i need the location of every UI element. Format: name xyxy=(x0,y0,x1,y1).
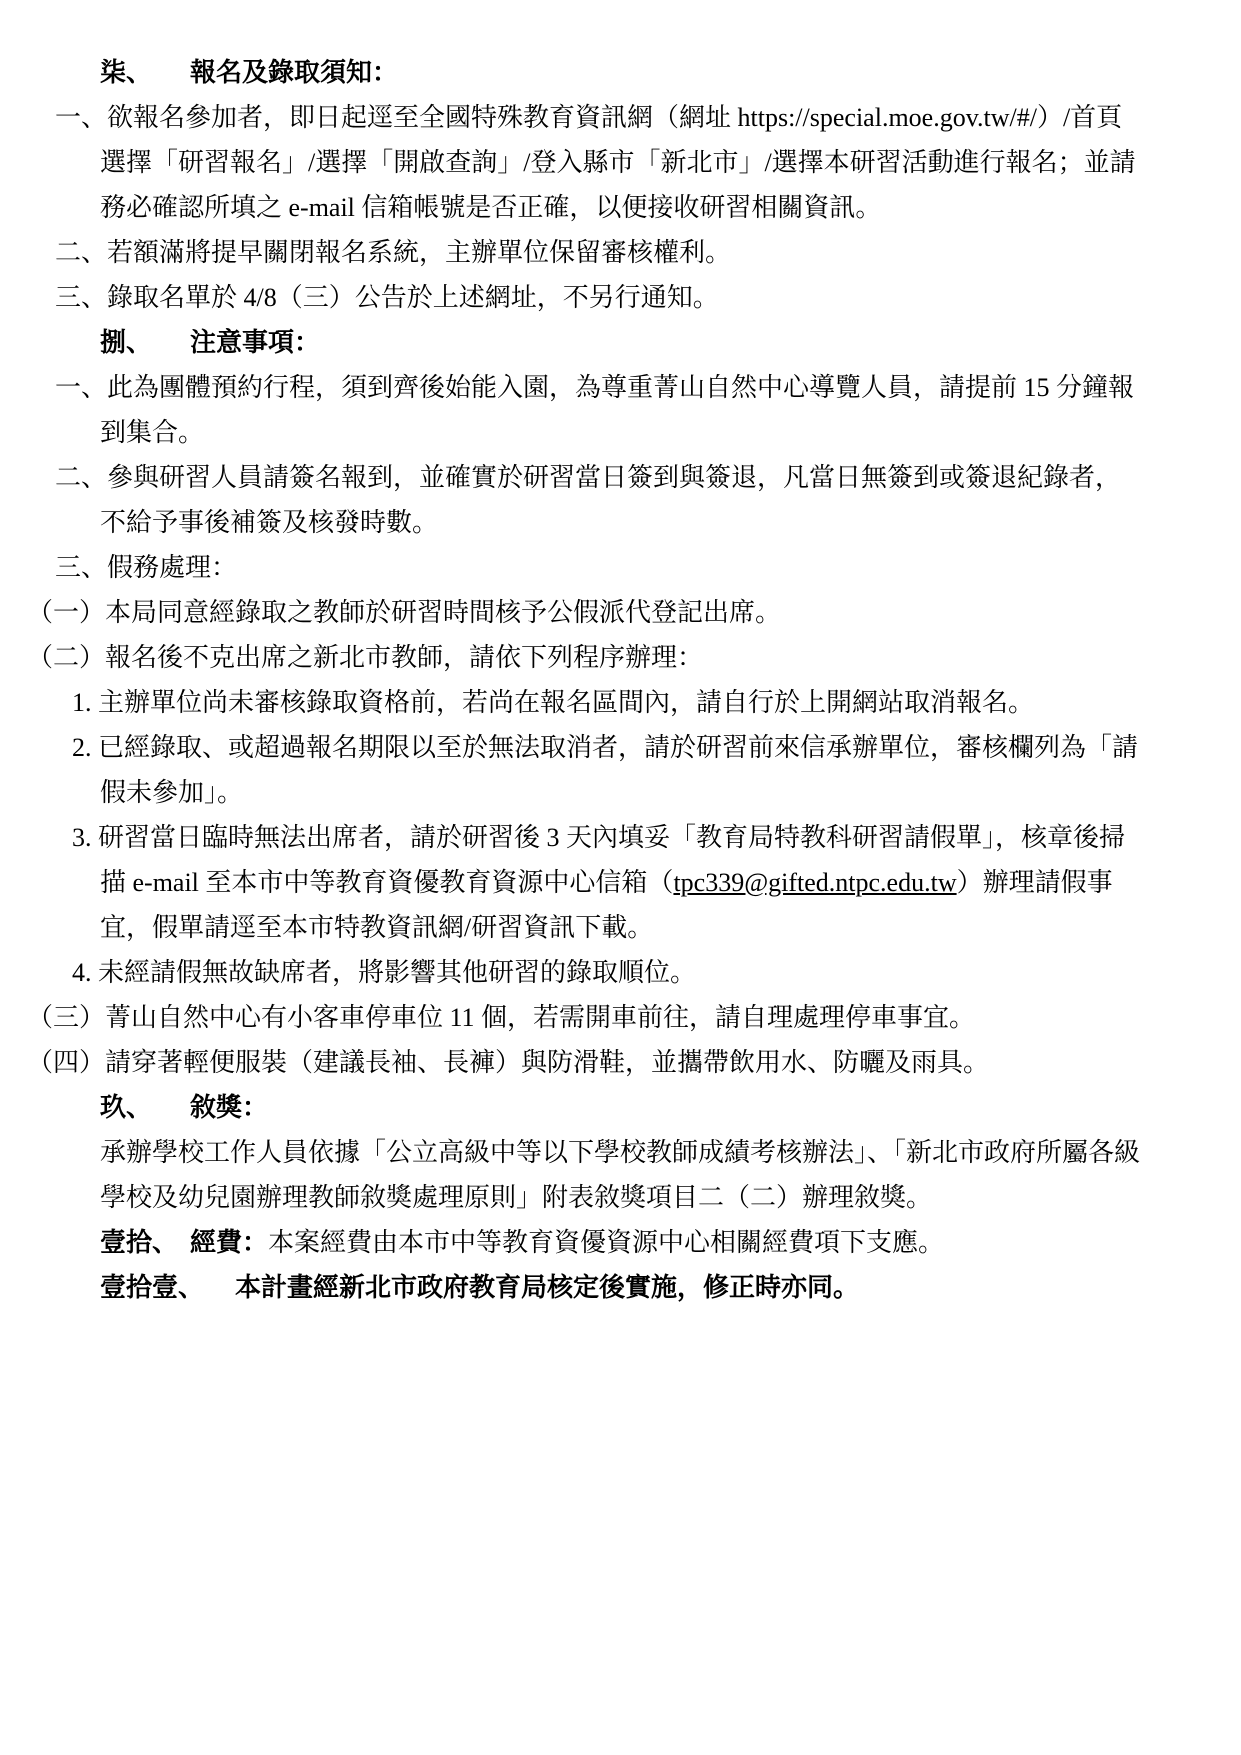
item-marker: 3. xyxy=(72,823,92,852)
section-10-text: 本案經費由本市中等教育資優資源中心相關經費項下支應。 xyxy=(268,1228,944,1257)
item-text: 參與研習人員請簽名報到，並確實於研習當日簽到與簽退，凡當日無簽到或簽退紀錄者，不… xyxy=(100,463,1121,537)
section-8-item-3: 三、假務處理： xyxy=(100,545,1145,590)
section-10-number: 壹拾、 xyxy=(100,1220,190,1265)
section-8-numbered-3: 3. 研習當日臨時無法出席者，請於研習後 3 天內填妥「教育局特教科研習請假單」… xyxy=(100,815,1145,950)
item-text: 欲報名參加者，即日起逕至全國特殊教育資訊網（網址 https://special… xyxy=(100,103,1136,222)
item-text: 報名後不克出席之新北市教師，請依下列程序辦理： xyxy=(105,643,703,672)
section-8-numbered-1: 1. 主辦單位尚未審核錄取資格前，若尚在報名區間內，請自行於上開網站取消報名。 xyxy=(100,680,1145,725)
section-8-item-2: 二、參與研習人員請簽名報到，並確實於研習當日簽到與簽退，凡當日無簽到或簽退紀錄者… xyxy=(100,455,1145,545)
section-9-title: 敘獎： xyxy=(190,1093,268,1122)
document-page: 柒、報名及錄取須知： 一、欲報名參加者，即日起逕至全國特殊教育資訊網（網址 ht… xyxy=(0,0,1241,1755)
section-7-item-3: 三、錄取名單於 4/8（三）公告於上述網址，不另行通知。 xyxy=(100,275,1145,320)
section-8-sub-2: （二）報名後不克出席之新北市教師，請依下列程序辦理： xyxy=(100,635,1145,680)
section-8-item-1: 一、此為團體預約行程，須到齊後始能入園，為尊重菁山自然中心導覽人員，請提前 15… xyxy=(100,365,1145,455)
section-9-heading: 玖、敘獎： xyxy=(100,1085,1145,1130)
email-link[interactable]: tpc339@gifted.ntpc.edu.tw xyxy=(673,868,956,897)
item-marker: 4. xyxy=(72,958,92,987)
item-marker: 2. xyxy=(72,733,92,762)
section-8-sub-4: （四）請穿著輕便服裝（建議長袖、長褲）與防滑鞋，並攜帶飲用水、防曬及雨具。 xyxy=(100,1040,1145,1085)
section-7-item-1: 一、欲報名參加者，即日起逕至全國特殊教育資訊網（網址 https://speci… xyxy=(100,95,1145,230)
item-text: 本局同意經錄取之教師於研習時間核予公假派代登記出席。 xyxy=(105,598,781,627)
section-7-heading: 柒、報名及錄取須知： xyxy=(100,50,1145,95)
item-marker: （四） xyxy=(27,1048,105,1077)
section-11-number: 壹拾壹、 xyxy=(100,1265,235,1310)
section-8-number: 捌、 xyxy=(100,320,190,365)
item-text: 主辦單位尚未審核錄取資格前，若尚在報名區間內，請自行於上開網站取消報名。 xyxy=(98,688,1034,717)
section-9-number: 玖、 xyxy=(100,1085,190,1130)
section-7-item-2: 二、若額滿將提早關閉報名系統，主辦單位保留審核權利。 xyxy=(100,230,1145,275)
section-8-sub-1: （一）本局同意經錄取之教師於研習時間核予公假派代登記出席。 xyxy=(100,590,1145,635)
section-11-heading: 壹拾壹、本計畫經新北市政府教育局核定後實施，修正時亦同。 xyxy=(100,1265,1145,1310)
close-paren: ） xyxy=(957,868,983,897)
item-text: 若額滿將提早關閉報名系統，主辦單位保留審核權利。 xyxy=(107,238,731,267)
item-marker: 三、 xyxy=(55,553,107,582)
item-text: 未經請假無故缺席者，將影響其他研習的錄取順位。 xyxy=(98,958,696,987)
item-marker: 1. xyxy=(72,688,92,717)
item-text: 錄取名單於 4/8（三）公告於上述網址，不另行通知。 xyxy=(107,283,719,312)
section-10-label: 經費： xyxy=(190,1228,268,1257)
item-text: 菁山自然中心有小客車停車位 11 個，若需開車前往，請自理處理停車事宜。 xyxy=(105,1003,975,1032)
item-text: 假務處理： xyxy=(107,553,237,582)
section-8-sub-3: （三）菁山自然中心有小客車停車位 11 個，若需開車前往，請自理處理停車事宜。 xyxy=(100,995,1145,1040)
item-marker: （三） xyxy=(27,1003,105,1032)
item-marker: 二、 xyxy=(55,463,107,492)
item-text: 此為團體預約行程，須到齊後始能入園，為尊重菁山自然中心導覽人員，請提前 15 分… xyxy=(100,373,1134,447)
item-text: 已經錄取、或超過報名期限以至於無法取消者，請於研習前來信承辦單位，審核欄列為「請… xyxy=(98,733,1138,807)
section-7-number: 柒、 xyxy=(100,50,190,95)
section-10-heading: 壹拾、經費：本案經費由本市中等教育資優資源中心相關經費項下支應。 xyxy=(100,1220,1145,1265)
section-8-title: 注意事項： xyxy=(190,328,320,357)
section-8-numbered-2: 2. 已經錄取、或超過報名期限以至於無法取消者，請於研習前來信承辦單位，審核欄列… xyxy=(100,725,1145,815)
item-marker: 二、 xyxy=(55,238,107,267)
section-8-numbered-4: 4. 未經請假無故缺席者，將影響其他研習的錄取順位。 xyxy=(100,950,1145,995)
item-text: 請穿著輕便服裝（建議長袖、長褲）與防滑鞋，並攜帶飲用水、防曬及雨具。 xyxy=(105,1048,989,1077)
section-8-heading: 捌、注意事項： xyxy=(100,320,1145,365)
item-marker: 一、 xyxy=(55,103,107,132)
item-marker: （二） xyxy=(27,643,105,672)
email-parenthetical: （tpc339@gifted.ntpc.edu.tw） xyxy=(647,868,982,897)
item-marker: （一） xyxy=(27,598,105,627)
item-marker: 一、 xyxy=(55,373,107,402)
open-paren: （ xyxy=(647,868,673,897)
item-marker: 三、 xyxy=(55,283,107,312)
section-11-text: 本計畫經新北市政府教育局核定後實施，修正時亦同。 xyxy=(235,1273,859,1302)
section-7-title: 報名及錄取須知： xyxy=(190,58,398,87)
section-9-body: 承辦學校工作人員依據「公立高級中等以下學校教師成績考核辦法」、「新北市政府所屬各… xyxy=(100,1130,1145,1220)
